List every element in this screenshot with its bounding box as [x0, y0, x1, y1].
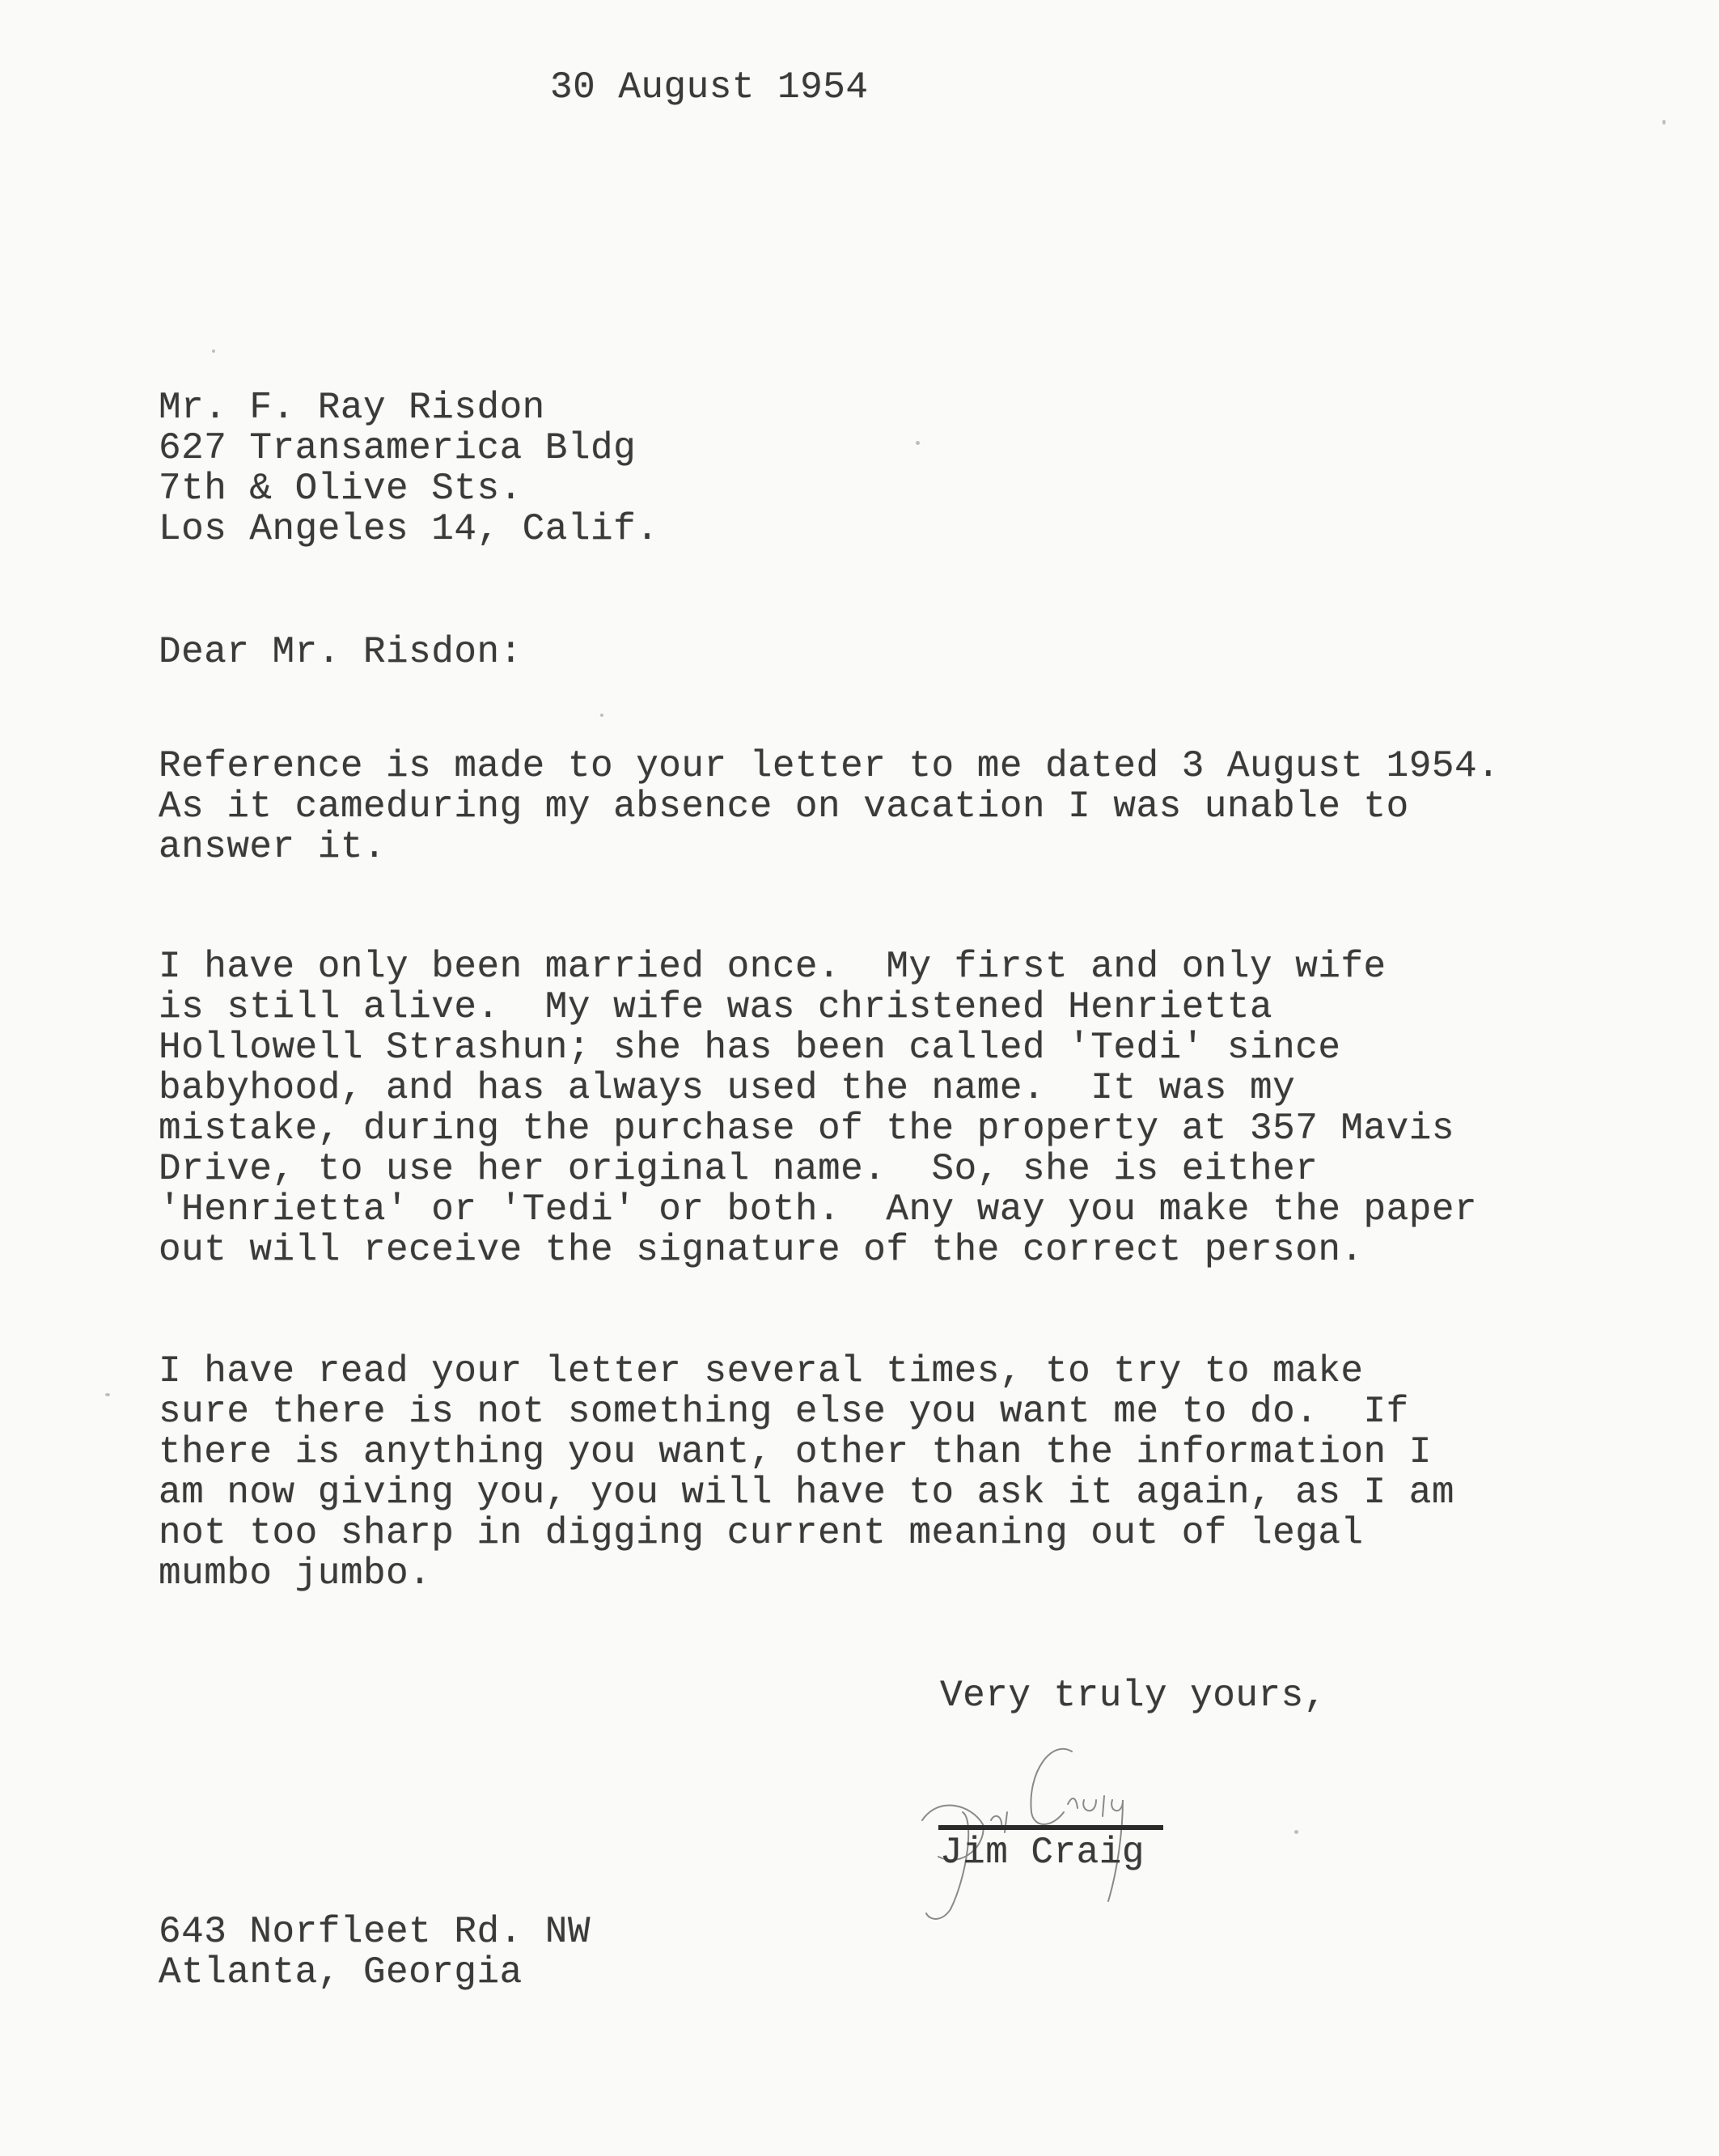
recipient-city-line: Los Angeles 14, Calif. — [159, 508, 658, 550]
paper-speck — [105, 1393, 110, 1396]
paragraph-line: mumbo jumbo. — [159, 1553, 1454, 1594]
signature-line — [938, 1825, 1163, 1830]
handwritten-signature — [906, 1715, 1165, 1925]
paragraph-line: am now giving you, you will have to ask … — [159, 1472, 1454, 1513]
paragraph-line: As it cameduring my absence on vacation … — [159, 786, 1500, 827]
signer-name: Jim Craig — [940, 1832, 1145, 1874]
paragraph-line: not too sharp in digging current meaning… — [159, 1513, 1454, 1553]
letter-page: 30 August 1954 Mr. F. Ray Risdon 627 Tra… — [0, 0, 1719, 2156]
paragraph-2: I have only been married once. My first … — [159, 947, 1477, 1270]
recipient-address-line: 7th & Olive Sts. — [159, 468, 523, 510]
paper-speck — [916, 441, 920, 445]
paragraph-line: mistake, during the purchase of the prop… — [159, 1108, 1477, 1149]
recipient-name: Mr. F. Ray Risdon — [159, 387, 545, 429]
paragraph-line: is still alive. My wife was christened H… — [159, 987, 1477, 1027]
paragraph-line: there is anything you want, other than t… — [159, 1432, 1454, 1472]
paragraph-line: Reference is made to your letter to me d… — [159, 746, 1500, 786]
sender-city: Atlanta, Georgia — [159, 1951, 523, 1993]
sender-street: 643 Norfleet Rd. NW — [159, 1911, 591, 1953]
paragraph-3: I have read your letter several times, t… — [159, 1351, 1454, 1594]
paragraph-line: Drive, to use her original name. So, she… — [159, 1149, 1477, 1189]
paragraph-line: I have only been married once. My first … — [159, 947, 1477, 987]
paragraph-line: out will receive the signature of the co… — [159, 1230, 1477, 1270]
paragraph-1: Reference is made to your letter to me d… — [159, 746, 1500, 867]
paragraph-line: 'Henrietta' or 'Tedi' or both. Any way y… — [159, 1189, 1477, 1230]
paper-speck — [212, 349, 215, 353]
paragraph-line: babyhood, and has always used the name. … — [159, 1068, 1477, 1108]
paper-speck — [1662, 120, 1666, 125]
paper-speck — [1294, 1830, 1298, 1834]
letter-date: 30 August 1954 — [550, 66, 868, 108]
paragraph-line: Hollowell Strashun; she has been called … — [159, 1027, 1477, 1068]
paragraph-line: sure there is not something else you wan… — [159, 1391, 1454, 1432]
paragraph-line: I have read your letter several times, t… — [159, 1351, 1454, 1391]
paragraph-line: answer it. — [159, 827, 1500, 867]
paper-speck — [600, 714, 603, 717]
recipient-address-line: 627 Transamerica Bldg — [159, 427, 636, 469]
closing: Very truly yours, — [940, 1675, 1327, 1717]
salutation: Dear Mr. Risdon: — [159, 631, 523, 673]
